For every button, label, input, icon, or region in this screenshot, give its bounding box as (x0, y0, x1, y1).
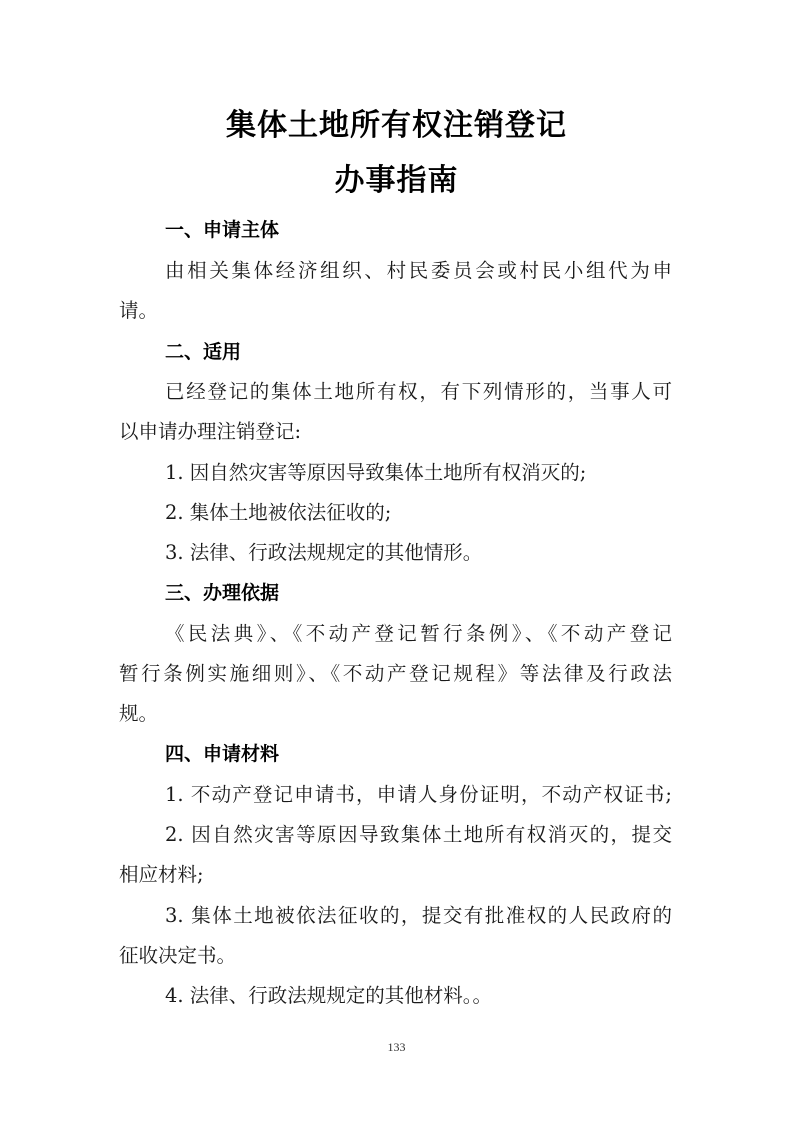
document-title: 集体土地所有权注销登记 (0, 100, 793, 144)
paragraph-line: 已经登记的集体土地所有权，有下列情形的，当事人可 (165, 378, 672, 406)
section-heading-scope: 二、适用 (165, 338, 672, 366)
list-item-continuation: 相应材料; (119, 861, 672, 889)
list-item: 2. 因自然灾害等原因导致集体土地所有权消灭的，提交 (165, 821, 672, 849)
document-subtitle: 办事指南 (0, 155, 793, 199)
list-item-continuation: 征收决定书。 (119, 942, 672, 970)
list-item: 3. 法律、行政法规规定的其他情形。 (165, 539, 672, 567)
paragraph-line: 暂行条例实施细则》、《不动产登记规程》等法律及行政法 (119, 660, 672, 688)
paragraph-line: 由相关集体经济组织、村民委员会或村民小组代为申 (165, 257, 672, 285)
paragraph-line: 请。 (119, 297, 672, 325)
paragraph-line: 以申请办理注销登记: (119, 418, 672, 446)
paragraph-line: 规。 (119, 700, 672, 728)
list-item: 2. 集体土地被依法征收的; (165, 499, 672, 527)
list-item: 4. 法律、行政法规规定的其他材料。。 (165, 982, 672, 1010)
page-number: 133 (0, 1040, 793, 1055)
section-heading-applicant: 一、申请主体 (165, 216, 672, 244)
section-heading-basis: 三、办理依据 (165, 579, 672, 607)
list-item: 1. 因自然灾害等原因导致集体土地所有权消灭的; (165, 459, 672, 487)
section-heading-materials: 四、申请材料 (165, 740, 672, 768)
document-page: 集体土地所有权注销登记 办事指南 一、申请主体 由相关集体经济组织、村民委员会或… (0, 0, 793, 1122)
paragraph-line: 《民法典》、《不动产登记暂行条例》、《不动产登记 (165, 620, 672, 648)
list-item: 3. 集体土地被依法征收的，提交有批准权的人民政府的 (165, 902, 672, 930)
list-item: 1. 不动产登记申请书，申请人身份证明，不动产权证书; (165, 781, 672, 809)
